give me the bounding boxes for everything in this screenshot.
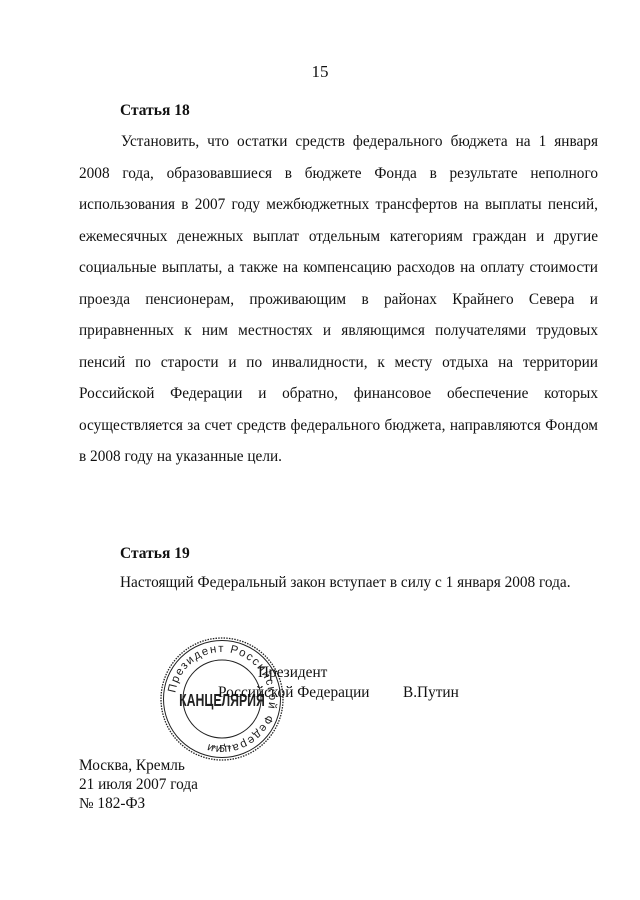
paragraph-line: приравненных к ним местностях и являющим… xyxy=(79,321,598,353)
paragraph-line: проезда пенсионерам, проживающим в район… xyxy=(79,290,598,322)
stamp-number: * 5 * xyxy=(213,744,232,755)
paragraph-line: Российской Федерации и обратно, финансов… xyxy=(79,384,598,416)
paragraph-line: пенсий по старости и по инвалидности, к … xyxy=(79,353,598,385)
law-number: № 182-ФЗ xyxy=(79,794,198,813)
paragraph-line: социальные выплаты, а также на компенсац… xyxy=(79,258,598,290)
article-18-paragraph: Установить, что остатки средств федераль… xyxy=(79,132,598,479)
signature-name: В.Путин xyxy=(403,684,459,702)
signing-place: Москва, Кремль xyxy=(79,756,198,775)
paragraph-line: использования в 2007 году межбюджетных т… xyxy=(79,195,598,227)
signature-title-line2: Российской Федерации xyxy=(218,684,369,702)
article-18-heading: Статья 18 xyxy=(120,102,190,120)
document-footer: Москва, Кремль 21 июля 2007 года № 182-Ф… xyxy=(79,756,198,813)
paragraph-line: ежемесячных денежных выплат отдельным ка… xyxy=(79,227,598,259)
article-19-text: Настоящий Федеральный закон вступает в с… xyxy=(120,574,571,592)
paragraph-line: Установить, что остатки средств федераль… xyxy=(79,132,598,164)
signature-title-line1: Президент xyxy=(258,664,327,682)
page-number: 15 xyxy=(0,62,640,82)
signing-date: 21 июля 2007 года xyxy=(79,775,198,794)
paragraph-line: 2008 года, образовавшиеся в бюджете Фонд… xyxy=(79,164,598,196)
paragraph-line: в 2008 году на указанные цели. xyxy=(79,447,598,479)
article-19-heading: Статья 19 xyxy=(120,545,190,563)
paragraph-line: осуществляется за счет средств федеральн… xyxy=(79,416,598,448)
